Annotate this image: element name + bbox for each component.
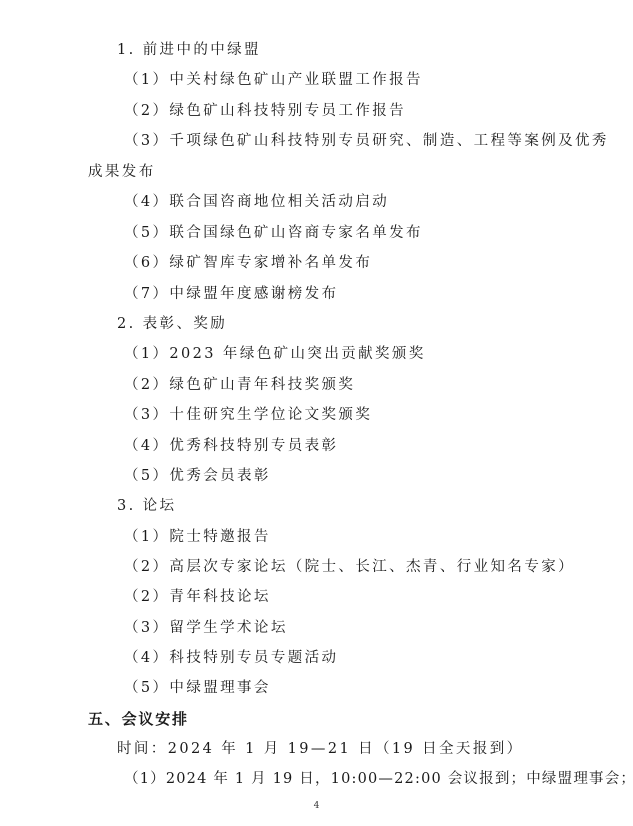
list-item: （4）联合国咨商地位相关活动启动	[124, 192, 389, 212]
page-number: 4	[0, 801, 633, 811]
list-item: （5）联合国绿色矿山咨商专家名单发布	[124, 223, 423, 243]
list-item: （3）千项绿色矿山科技特别专员研究、制造、工程等案例及优秀	[124, 131, 609, 151]
section-heading-3: 3. 论坛	[117, 496, 176, 516]
list-item: （2）青年科技论坛	[124, 587, 271, 607]
list-item: （4）优秀科技特别专员表彰	[124, 436, 338, 456]
meeting-time: 时间：2024 年 1 月 19—21 日（19 日全天报到）	[117, 739, 524, 759]
section-heading-2: 2. 表彰、奖励	[117, 314, 227, 334]
list-item: （3）留学生学术论坛	[124, 618, 288, 638]
list-item: （1）院士特邀报告	[124, 527, 271, 547]
list-item: （6）绿矿智库专家增补名单发布	[124, 253, 372, 273]
schedule-item: （1）2024 年 1 月 19 日，10:00—22:00 会议报到；中绿盟理…	[124, 769, 633, 789]
list-item: （7）中绿盟年度感谢榜发布	[124, 284, 338, 304]
document-page: 1. 前进中的中绿盟 （1）中关村绿色矿山产业联盟工作报告 （2）绿色矿山科技特…	[0, 0, 633, 826]
list-item: （5）中绿盟理事会	[124, 678, 271, 698]
list-item: （4）科技特别专员专题活动	[124, 648, 338, 668]
section-heading-1: 1. 前进中的中绿盟	[117, 40, 261, 60]
list-item: （2）绿色矿山青年科技奖颁奖	[124, 375, 355, 395]
list-item: （1）中关村绿色矿山产业联盟工作报告	[124, 70, 423, 90]
list-item: （2）绿色矿山科技特别专员工作报告	[124, 101, 406, 121]
list-item: （2）高层次专家论坛（院士、长江、杰青、行业知名专家）	[124, 557, 575, 577]
list-item: （1）2023 年绿色矿山突出贡献奖颁奖	[124, 344, 426, 364]
chapter-heading: 五、会议安排	[88, 709, 189, 729]
list-item: （3）十佳研究生学位论文奖颁奖	[124, 405, 372, 425]
list-item-continuation: 成果发布	[88, 162, 156, 182]
list-item: （5）优秀会员表彰	[124, 466, 271, 486]
